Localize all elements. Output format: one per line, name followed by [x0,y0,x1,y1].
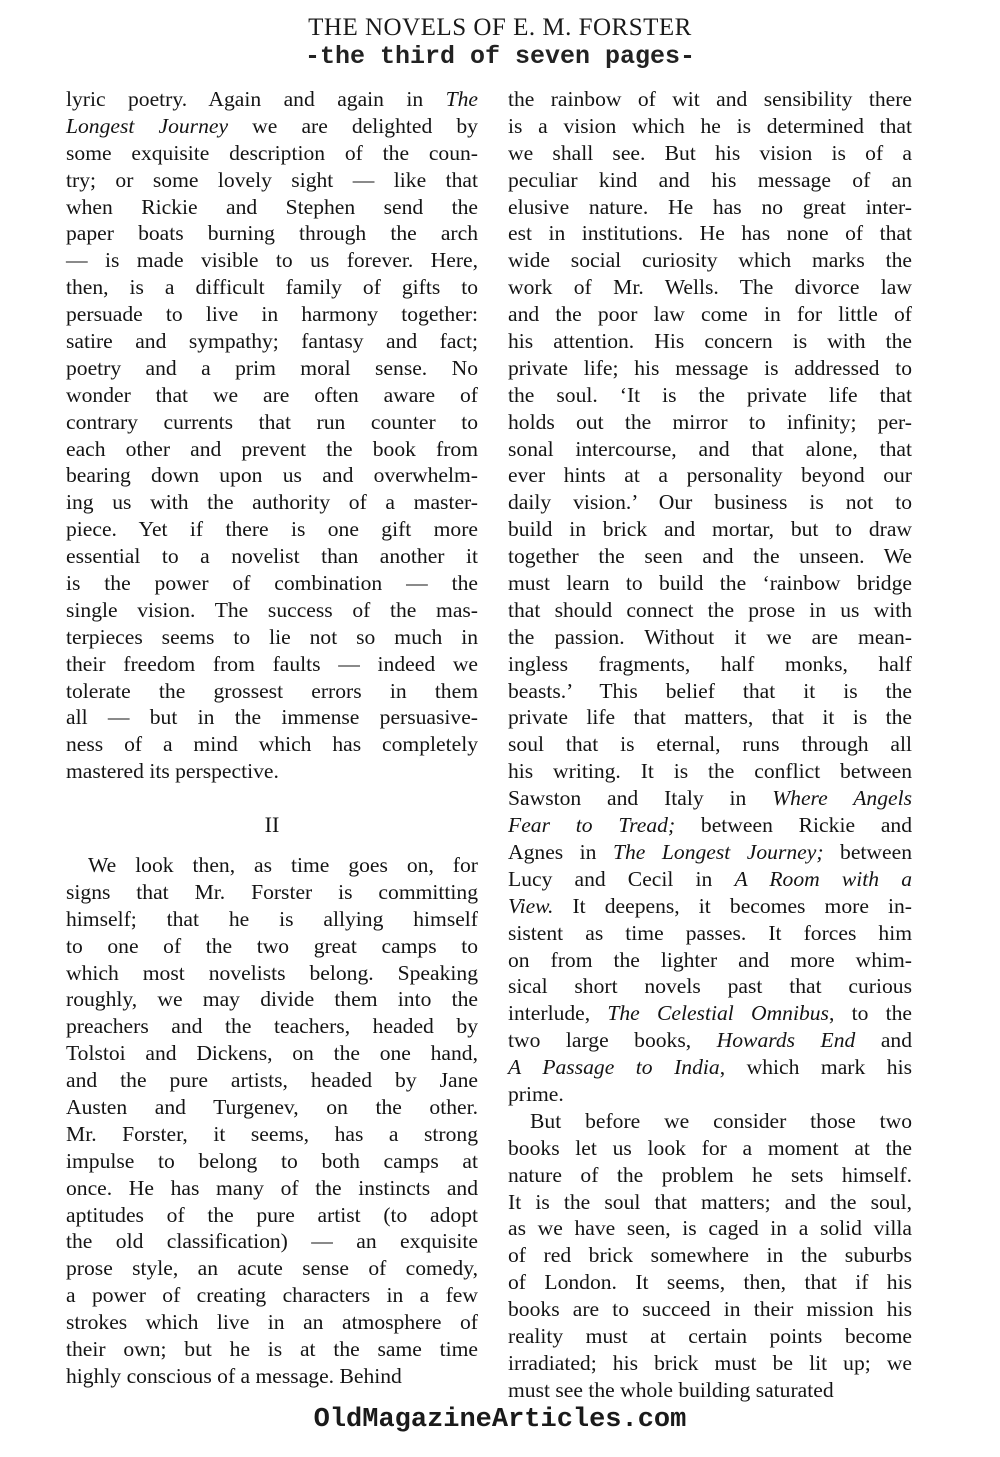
text-line: their freedom from faults — indeed we [66,651,478,678]
text-line: each other and prevent the book from [66,436,478,463]
italic-title: A Room with a [734,867,912,891]
text-line: piece. Yet if there is one gift more [66,516,478,543]
text-line: we shall see. But his vision is of a [508,140,912,167]
text-line: interlude, The Celestial Omnibus, to the [508,1000,912,1027]
text-line: ing us with the authority of a master- [66,489,478,516]
text-line: elusive nature. He has no great inter- [508,194,912,221]
text-line: private life; his message is addressed t… [508,355,912,382]
text-line: preachers and the teachers, headed by [66,1013,478,1040]
text-line: the rainbow of wit and sensibility there [508,86,912,113]
italic-title: Where Angels [772,786,912,810]
text-line: peculiar kind and his message of an [508,167,912,194]
text-line: impulse to belong to both camps at [66,1148,478,1175]
text-line: to one of the two great camps to [66,933,478,960]
text-line: build in brick and mortar, but to draw [508,516,912,543]
text-line: aptitudes of the pure artist (to adopt [66,1202,478,1229]
text-line: Agnes in The Longest Journey; between [508,839,912,866]
text-line: ever hints at a personality beyond our [508,462,912,489]
text-line: It is the soul that matters; and the sou… [508,1189,912,1216]
text-line: Longest Journey we are delighted by [66,113,478,140]
text-line: holds out the mirror to infinity; per- [508,409,912,436]
site-watermark: OldMagazineArticles.com [0,1405,1000,1435]
text-line: together the seen and the unseen. We [508,543,912,570]
text-line: persuade to live in harmony together: [66,301,478,328]
text-line: when Rickie and Stephen send the [66,194,478,221]
text-line: that should connect the prose in us with [508,597,912,624]
paragraph: the rainbow of wit and sensibility there… [508,86,912,1108]
page-subtitle: -the third of seven pages- [0,42,1000,71]
text-line: prose style, an acute sense of comedy, [66,1255,478,1282]
text-line: a power of creating characters in a few [66,1282,478,1309]
text-line: A Passage to India, which mark his [508,1054,912,1081]
text-line: which most novelists belong. Speaking [66,960,478,987]
text-line: Tolstoi and Dickens, on the one hand, [66,1040,478,1067]
text-line: terpieces seems to lie not so much in [66,624,478,651]
text-line: poetry and a prim moral sense. No [66,355,478,382]
text-line: reality must at certain points become [508,1323,912,1350]
italic-title: View. [508,894,553,918]
italic-title: The Longest Journey; [613,840,824,864]
text-line: on from the lighter and more whim- [508,947,912,974]
text-line: est in institutions. He has none of that [508,220,912,247]
text-line: signs that Mr. Forster is committing [66,879,478,906]
section-heading: II [66,812,478,839]
text-line: sistent as time passes. It forces him [508,920,912,947]
text-line: and the poor law come in for little of [508,301,912,328]
text-line: bearing down upon us and overwhelm- [66,462,478,489]
text-line: his writing. It is the conflict between [508,758,912,785]
text-line: the soul. ‘It is the private life that [508,382,912,409]
text-line: highly conscious of a message. Behind [66,1363,478,1390]
text-line: paper boats burning through the arch [66,220,478,247]
text-line: his attention. His concern is with the [508,328,912,355]
article-title: THE NOVELS OF E. M. FORSTER [0,14,1000,42]
text-line: prime. [508,1081,912,1108]
text-line: daily vision.’ Our business is not to [508,489,912,516]
text-line: soul that is eternal, runs through all [508,731,912,758]
text-line: some exquisite description of the coun- [66,140,478,167]
text-line: We look then, as time goes on, for [66,852,478,879]
text-line: the passion. Without it we are mean- [508,624,912,651]
text-line: as we have seen, is caged in a solid vil… [508,1215,912,1242]
text-line: ness of a mind which has completely [66,731,478,758]
text-line: must see the whole building saturated [508,1377,912,1404]
text-line: strokes which live in an atmosphere of [66,1309,478,1336]
paragraph: We look then, as time goes on, forsigns … [66,852,478,1390]
italic-title: The [446,87,478,111]
text-line: wonder that we are often aware of [66,382,478,409]
italic-title: Howards End [717,1028,856,1052]
text-line: wide social curiosity which marks the [508,247,912,274]
text-line: essential to a novelist than another it [66,543,478,570]
text-line: once. He has many of the instincts and [66,1175,478,1202]
text-line: Sawston and Italy in Where Angels [508,785,912,812]
text-line: and the pure artists, headed by Jane [66,1067,478,1094]
text-line: all — but in the immense persuasive- [66,704,478,731]
text-line: satire and sympathy; fantasy and fact; [66,328,478,355]
text-line: Lucy and Cecil in A Room with a [508,866,912,893]
text-line: their own; but he is at the same time [66,1336,478,1363]
text-line: Fear to Tread; between Rickie and [508,812,912,839]
text-line: is a vision which he is determined that [508,113,912,140]
text-line: two large books, Howards End and [508,1027,912,1054]
text-line: nature of the problem he sets himself. [508,1162,912,1189]
text-line: must learn to build the ‘rainbow bridge [508,570,912,597]
text-line: lyric poetry. Again and again in The [66,86,478,113]
text-line: Mr. Forster, it seems, has a strong [66,1121,478,1148]
text-line: contrary currents that run counter to [66,409,478,436]
text-line: mastered its perspective. [66,758,478,785]
paragraph: But before we consider those twobooks le… [508,1108,912,1404]
text-line: of London. It seems, then, that if his [508,1269,912,1296]
italic-title: The Celestial Omnibus [607,1001,829,1025]
text-line: of red brick somewhere in the suburbs [508,1242,912,1269]
text-line: beasts.’ This belief that it is the [508,678,912,705]
right-column: the rainbow of wit and sensibility there… [508,86,912,1404]
text-line: But before we consider those two [508,1108,912,1135]
text-line: Austen and Turgenev, on the other. [66,1094,478,1121]
text-line: try; or some lovely sight — like that [66,167,478,194]
text-line: single vision. The success of the mas- [66,597,478,624]
text-line: private life that matters, that it is th… [508,704,912,731]
text-line: work of Mr. Wells. The divorce law [508,274,912,301]
text-line: then, is a difficult family of gifts to [66,274,478,301]
left-column: lyric poetry. Again and again in TheLong… [66,86,478,1390]
text-line: roughly, we may divide them into the [66,986,478,1013]
text-line: View. It deepens, it becomes more in- [508,893,912,920]
text-line: tolerate the grossest errors in them [66,678,478,705]
text-line: books let us look for a moment at the [508,1135,912,1162]
text-line: sical short novels past that curious [508,973,912,1000]
paragraph: lyric poetry. Again and again in TheLong… [66,86,478,785]
italic-title: Fear to Tread; [508,813,675,837]
italic-title: A Passage to India [508,1055,720,1079]
italic-title: Longest Journey [66,114,228,138]
text-line: is the power of combination — the [66,570,478,597]
text-line: — is made visible to us forever. Here, [66,247,478,274]
text-line: the old classification) — an exquisite [66,1228,478,1255]
text-line: sonal intercourse, and that alone, that [508,436,912,463]
text-line: books are to succeed in their mission hi… [508,1296,912,1323]
text-line: irradiated; his brick must be lit up; we [508,1350,912,1377]
text-line: ingless fragments, half monks, half [508,651,912,678]
text-line: himself; that he is allying himself [66,906,478,933]
